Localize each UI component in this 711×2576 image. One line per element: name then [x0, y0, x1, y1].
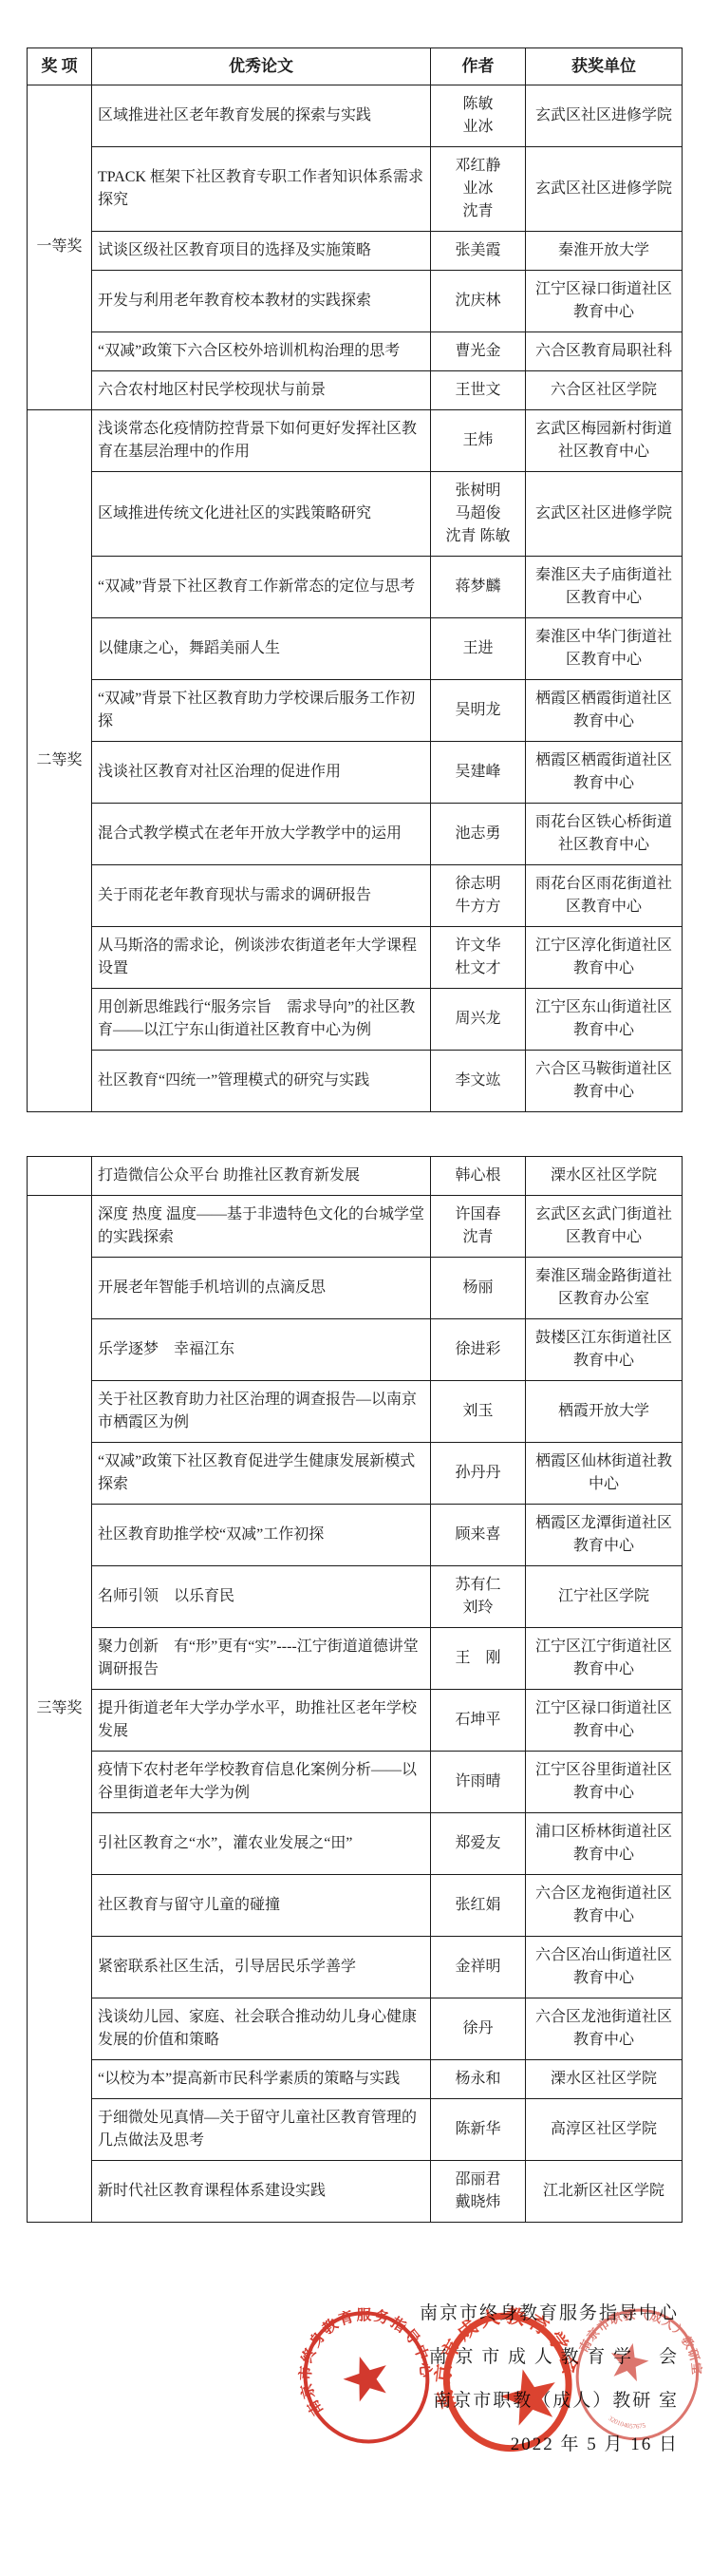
unit-cell: 秦淮开放大学	[526, 231, 683, 270]
author-cell: 郑爱友	[431, 1813, 526, 1875]
paper-title-cell: 乐学逐梦 幸福江东	[92, 1319, 431, 1381]
table-row: 紧密联系社区生活，引导居民乐学善学金祥明六合区冶山街道社区教育中心	[28, 1937, 683, 1998]
svg-text:南京市职教（成人）教研室: 南京市职教（成人）教研室	[575, 2295, 711, 2379]
author-cell: 陈新华	[431, 2099, 526, 2161]
unit-cell: 秦淮区瑞金路街道社区教育办公室	[526, 1258, 683, 1319]
paper-title-cell: 浅谈常态化疫情防控背景下如何更好发挥社区教育在基层治理中的作用	[92, 409, 431, 471]
header-paper: 优秀论文	[92, 48, 431, 85]
paper-title-cell: 深度 热度 温度——基于非遗特色文化的台城学堂的实践探索	[92, 1196, 431, 1258]
paper-title-cell: 名师引领 以乐育民	[92, 1566, 431, 1628]
author-cell: 徐进彩	[431, 1319, 526, 1381]
unit-cell: 鼓楼区江东街道社区教育中心	[526, 1319, 683, 1381]
table-row: 引社区教育之“水”，灌农业发展之“田”郑爱友浦口区桥林街道社区教育中心	[28, 1813, 683, 1875]
paper-title-cell: “双减”政策下社区教育促进学生健康发展新模式探索	[92, 1443, 431, 1505]
unit-cell: 栖霞区仙林街道社教中心	[526, 1443, 683, 1505]
paper-title-cell: 从马斯洛的需求论，例谈涉农街道老年大学课程设置	[92, 926, 431, 988]
unit-cell: 玄武区社区进修学院	[526, 471, 683, 556]
unit-cell: 高淳区社区学院	[526, 2099, 683, 2161]
paper-title-cell: 聚力创新 有“形”更有“实”----江宁街道道德讲堂调研报告	[92, 1628, 431, 1690]
unit-cell: 玄武区社区进修学院	[526, 146, 683, 231]
paper-title-cell: 浅谈社区教育对社区治理的促进作用	[92, 741, 431, 803]
award-cell: 三等奖	[28, 1196, 92, 2223]
paper-title-cell: 关于雨花老年教育现状与需求的调研报告	[92, 864, 431, 926]
paper-title-cell: 打造微信公众平台 助推社区教育新发展	[92, 1157, 431, 1196]
author-cell: 杨永和	[431, 2060, 526, 2099]
paper-title-cell: 开展老年智能手机培训的点滴反思	[92, 1258, 431, 1319]
author-cell: 徐志明 牛方方	[431, 864, 526, 926]
unit-cell: 栖霞区栖霞街道社区教育中心	[526, 679, 683, 741]
svg-text:南京市终身教育服务指导中心: 南京市终身教育服务指导中心	[278, 2288, 439, 2420]
author-cell: 许文华 杜文才	[431, 926, 526, 988]
author-cell: 王世文	[431, 370, 526, 409]
table-row: 名师引领 以乐育民苏有仁 刘玲江宁社区学院	[28, 1566, 683, 1628]
author-cell: 吴明龙	[431, 679, 526, 741]
paper-title-cell: 区域推进社区老年教育发展的探索与实践	[92, 85, 431, 146]
author-cell: 许国春 沈青	[431, 1196, 526, 1258]
unit-cell: 江北新区社区学院	[526, 2161, 683, 2223]
author-cell: 张红娟	[431, 1875, 526, 1937]
unit-cell: 浦口区桥林街道社区教育中心	[526, 1813, 683, 1875]
author-cell: 曹光金	[431, 331, 526, 370]
table-row: “双减”政策下社区教育促进学生健康发展新模式探索孙丹丹栖霞区仙林街道社教中心	[28, 1443, 683, 1505]
unit-cell: 秦淮区夫子庙街道社区教育中心	[526, 556, 683, 617]
table-row: 从马斯洛的需求论，例谈涉农街道老年大学课程设置许文华 杜文才江宁区淳化街道社区教…	[28, 926, 683, 988]
table-row: 浅谈幼儿园、家庭、社会联合推动幼儿身心健康发展的价值和策略徐丹六合区龙池街道社区…	[28, 1998, 683, 2060]
unit-cell: 溧水区社区学院	[526, 2060, 683, 2099]
table-row: 乐学逐梦 幸福江东徐进彩鼓楼区江东街道社区教育中心	[28, 1319, 683, 1381]
table-row: 疫情下农村老年学校教育信息化案例分析——以谷里街道老年大学为例许雨晴江宁区谷里街…	[28, 1752, 683, 1813]
paper-title-cell: 六合农村地区村民学校现状与前景	[92, 370, 431, 409]
unit-cell: 玄武区玄武门街道社区教育中心	[526, 1196, 683, 1258]
unit-cell: 玄武区梅园新村街道社区教育中心	[526, 409, 683, 471]
paper-title-cell: 试谈区级社区教育项目的选择及实施策略	[92, 231, 431, 270]
paper-title-cell: 新时代社区教育课程体系建设实践	[92, 2161, 431, 2223]
paper-title-cell: 引社区教育之“水”，灌农业发展之“田”	[92, 1813, 431, 1875]
table-row: 关于雨花老年教育现状与需求的调研报告徐志明 牛方方雨花台区雨花街道社区教育中心	[28, 864, 683, 926]
paper-title-cell: 用创新思维践行“服务宗旨 需求导向”的社区教育——以江宁东山街道社区教育中心为例	[92, 988, 431, 1050]
table-row: 打造微信公众平台 助推社区教育新发展韩心根溧水区社区学院	[28, 1157, 683, 1196]
unit-cell: 雨花台区雨花街道社区教育中心	[526, 864, 683, 926]
table-header-row: 奖 项 优秀论文 作者 获奖单位	[28, 48, 683, 85]
unit-cell: 江宁区谷里街道社区教育中心	[526, 1752, 683, 1813]
author-cell: 吴建峰	[431, 741, 526, 803]
paper-title-cell: 社区教育“四统一”管理模式的研究与实践	[92, 1050, 431, 1111]
paper-title-cell: “双减”背景下社区教育工作新常态的定位与思考	[92, 556, 431, 617]
unit-cell: 六合区龙袍街道社区教育中心	[526, 1875, 683, 1937]
author-cell: 池志勇	[431, 803, 526, 864]
unit-cell: 栖霞开放大学	[526, 1381, 683, 1443]
award-cell: 二等奖	[28, 409, 92, 1111]
author-cell: 孙丹丹	[431, 1443, 526, 1505]
author-cell: 陈敏 业冰	[431, 85, 526, 146]
table-row: 浅谈社区教育对社区治理的促进作用吴建峰栖霞区栖霞街道社区教育中心	[28, 741, 683, 803]
table-row: 开展老年智能手机培训的点滴反思杨丽秦淮区瑞金路街道社区教育办公室	[28, 1258, 683, 1319]
paper-title-cell: 社区教育助推学校“双减”工作初探	[92, 1505, 431, 1566]
author-cell: 徐丹	[431, 1998, 526, 2060]
star-icon	[496, 2362, 563, 2428]
paper-title-cell: “双减”政策下六合区校外培训机构治理的思考	[92, 331, 431, 370]
seal-vocational-education-research-office: 南京市职教（成人）教研室 320104057675	[553, 2287, 711, 2456]
unit-cell: 栖霞区龙潭街道社区教育中心	[526, 1505, 683, 1566]
author-cell: 邓红静 业冰 沈青	[431, 146, 526, 231]
award-cell	[28, 1157, 92, 1196]
unit-cell: 六合区冶山街道社区教育中心	[526, 1937, 683, 1998]
paper-title-cell: 混合式教学模式在老年开放大学教学中的运用	[92, 803, 431, 864]
table-row: “双减”背景下社区教育助力学校课后服务工作初探吴明龙栖霞区栖霞街道社区教育中心	[28, 679, 683, 741]
author-cell: 杨丽	[431, 1258, 526, 1319]
paper-title-cell: TPACK 框架下社区教育专职工作者知识体系需求探究	[92, 146, 431, 231]
table-row: 提升街道老年大学办学水平，助推社区老年学校发展石坤平江宁区禄口街道社区教育中心	[28, 1690, 683, 1752]
author-cell: 金祥明	[431, 1937, 526, 1998]
unit-cell: 六合区马鞍街道社区教育中心	[526, 1050, 683, 1111]
table-row: 用创新思维践行“服务宗旨 需求导向”的社区教育——以江宁东山街道社区教育中心为例…	[28, 988, 683, 1050]
table-row: 混合式教学模式在老年开放大学教学中的运用池志勇雨花台区铁心桥街道社区教育中心	[28, 803, 683, 864]
paper-title-cell: 关于社区教育助力社区治理的调查报告—以南京市栖霞区为例	[92, 1381, 431, 1443]
table-row: 一等奖区域推进社区老年教育发展的探索与实践陈敏 业冰玄武区社区进修学院	[28, 85, 683, 146]
author-cell: 顾来喜	[431, 1505, 526, 1566]
paper-title-cell: 于细微处见真情—关于留守儿童社区教育管理的几点做法及思考	[92, 2099, 431, 2161]
award-cell: 一等奖	[28, 85, 92, 409]
table-row: 二等奖浅谈常态化疫情防控背景下如何更好发挥社区教育在基层治理中的作用王炜玄武区梅…	[28, 409, 683, 471]
author-cell: 石坤平	[431, 1690, 526, 1752]
table-row: 六合农村地区村民学校现状与前景王世文六合区社区学院	[28, 370, 683, 409]
paper-title-cell: “双减”背景下社区教育助力学校课后服务工作初探	[92, 679, 431, 741]
award-table-page2: 打造微信公众平台 助推社区教育新发展韩心根溧水区社区学院三等奖深度 热度 温度—…	[27, 1156, 683, 2223]
author-cell: 张美霞	[431, 231, 526, 270]
star-icon	[607, 2339, 652, 2383]
unit-cell: 江宁区淳化街道社区教育中心	[526, 926, 683, 988]
table-row: 三等奖深度 热度 温度——基于非遗特色文化的台城学堂的实践探索许国春 沈青玄武区…	[28, 1196, 683, 1258]
unit-cell: 六合区教育局职社科	[526, 331, 683, 370]
paper-title-cell: 浅谈幼儿园、家庭、社会联合推动幼儿身心健康发展的价值和策略	[92, 1998, 431, 2060]
author-cell: 张树明 马超俊 沈青 陈敏	[431, 471, 526, 556]
author-cell: 邵丽君 戴晓炜	[431, 2161, 526, 2223]
unit-cell: 江宁社区学院	[526, 1566, 683, 1628]
paper-title-cell: “以校为本”提高新市民科学素质的策略与实践	[92, 2060, 431, 2099]
author-cell: 王进	[431, 617, 526, 679]
unit-cell: 栖霞区栖霞街道社区教育中心	[526, 741, 683, 803]
table-row: “双减”政策下六合区校外培训机构治理的思考曹光金六合区教育局职社科	[28, 331, 683, 370]
table-row: TPACK 框架下社区教育专职工作者知识体系需求探究邓红静 业冰 沈青玄武区社区…	[28, 146, 683, 231]
author-cell: 刘玉	[431, 1381, 526, 1443]
header-unit: 获奖单位	[526, 48, 683, 85]
table-row: 以健康之心，舞蹈美丽人生王进秦淮区中华门街道社区教育中心	[28, 617, 683, 679]
star-icon	[338, 2350, 394, 2405]
award-table-page1: 奖 项 优秀论文 作者 获奖单位 一等奖区域推进社区老年教育发展的探索与实践陈敏…	[27, 47, 683, 1112]
header-author: 作者	[431, 48, 526, 85]
table-row: 开发与利用老年教育校本教材的实践探索沈庆林江宁区禄口街道社区教育中心	[28, 270, 683, 331]
unit-cell: 江宁区江宁街道社区教育中心	[526, 1628, 683, 1690]
paper-title-cell: 以健康之心，舞蹈美丽人生	[92, 617, 431, 679]
author-cell: 王炜	[431, 409, 526, 471]
paper-title-cell: 区域推进传统文化进社区的实践策略研究	[92, 471, 431, 556]
unit-cell: 六合区社区学院	[526, 370, 683, 409]
author-cell: 许雨晴	[431, 1752, 526, 1813]
author-cell: 李文竑	[431, 1050, 526, 1111]
table-row: 社区教育与留守儿童的碰撞张红娟六合区龙袍街道社区教育中心	[28, 1875, 683, 1937]
unit-cell: 江宁区禄口街道社区教育中心	[526, 1690, 683, 1752]
author-cell: 蒋梦麟	[431, 556, 526, 617]
table-row: 新时代社区教育课程体系建设实践邵丽君 戴晓炜江北新区社区学院	[28, 2161, 683, 2223]
paper-title-cell: 社区教育与留守儿童的碰撞	[92, 1875, 431, 1937]
paper-title-cell: 紧密联系社区生活，引导居民乐学善学	[92, 1937, 431, 1998]
author-cell: 沈庆林	[431, 270, 526, 331]
table-row: “以校为本”提高新市民科学素质的策略与实践杨永和溧水区社区学院	[28, 2060, 683, 2099]
unit-cell: 玄武区社区进修学院	[526, 85, 683, 146]
header-award: 奖 项	[28, 48, 92, 85]
unit-cell: 秦淮区中华门街道社区教育中心	[526, 617, 683, 679]
unit-cell: 江宁区禄口街道社区教育中心	[526, 270, 683, 331]
svg-text:320104057675: 320104057675	[606, 2414, 647, 2434]
author-cell: 周兴龙	[431, 988, 526, 1050]
table-row: 关于社区教育助力社区治理的调查报告—以南京市栖霞区为例刘玉栖霞开放大学	[28, 1381, 683, 1443]
unit-cell: 雨花台区铁心桥街道社区教育中心	[526, 803, 683, 864]
author-cell: 苏有仁 刘玲	[431, 1566, 526, 1628]
table-row: “双减”背景下社区教育工作新常态的定位与思考蒋梦麟秦淮区夫子庙街道社区教育中心	[28, 556, 683, 617]
unit-cell: 江宁区东山街道社区教育中心	[526, 988, 683, 1050]
paper-title-cell: 疫情下农村老年学校教育信息化案例分析——以谷里街道老年大学为例	[92, 1752, 431, 1813]
author-cell: 王 刚	[431, 1628, 526, 1690]
table-row: 区域推进传统文化进社区的实践策略研究张树明 马超俊 沈青 陈敏玄武区社区进修学院	[28, 471, 683, 556]
document-page: 奖 项 优秀论文 作者 获奖单位 一等奖区域推进社区老年教育发展的探索与实践陈敏…	[0, 0, 711, 2576]
author-cell: 韩心根	[431, 1157, 526, 1196]
unit-cell: 六合区龙池街道社区教育中心	[526, 1998, 683, 2060]
paper-title-cell: 提升街道老年大学办学水平，助推社区老年学校发展	[92, 1690, 431, 1752]
table-row: 于细微处见真情—关于留守儿童社区教育管理的几点做法及思考陈新华高淳区社区学院	[28, 2099, 683, 2161]
table-row: 社区教育助推学校“双减”工作初探顾来喜栖霞区龙潭街道社区教育中心	[28, 1505, 683, 1566]
table-row: 社区教育“四统一”管理模式的研究与实践李文竑六合区马鞍街道社区教育中心	[28, 1050, 683, 1111]
paper-title-cell: 开发与利用老年教育校本教材的实践探索	[92, 270, 431, 331]
unit-cell: 溧水区社区学院	[526, 1157, 683, 1196]
table-row: 聚力创新 有“形”更有“实”----江宁街道道德讲堂调研报告王 刚江宁区江宁街道…	[28, 1628, 683, 1690]
table-row: 试谈区级社区教育项目的选择及实施策略张美霞秦淮开放大学	[28, 231, 683, 270]
